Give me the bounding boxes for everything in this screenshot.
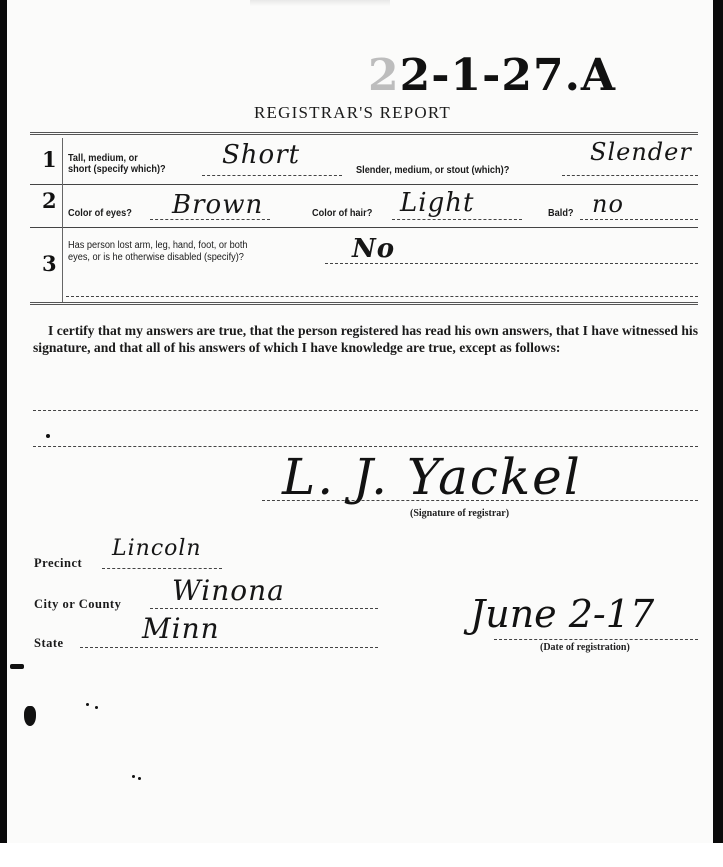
precinct-answer-line <box>102 568 222 569</box>
scan-border-right <box>713 0 723 843</box>
state-label: State <box>34 636 64 651</box>
bald-answer: no <box>592 190 624 218</box>
height-label-line1: Tall, medium, or <box>68 153 138 164</box>
bald-label: Bald? <box>548 208 574 219</box>
city-county-label: City or County <box>34 597 121 612</box>
hair-color-answer-line <box>392 219 522 220</box>
registration-date-caption: (Date of registration) <box>540 642 630 653</box>
scan-border-left <box>0 0 7 843</box>
question-number-1: 1 <box>42 147 57 172</box>
build-answer-line <box>562 175 698 176</box>
precinct-label: Precinct <box>34 556 82 571</box>
question-number-3: 3 <box>42 251 57 276</box>
ink-speck <box>46 434 50 438</box>
city-county-answer: Winona <box>172 574 285 607</box>
registration-date-line <box>494 639 698 640</box>
scanned-card <box>0 0 723 843</box>
exceptions-line-1 <box>33 410 698 411</box>
build-answer: Slender <box>590 138 692 166</box>
height-answer-line <box>202 175 342 176</box>
ink-speck <box>95 706 98 709</box>
hair-color-label: Color of hair? <box>312 208 372 219</box>
hair-color-answer: Light <box>400 188 474 218</box>
disability-answer: No <box>352 234 395 264</box>
state-answer: Minn <box>142 612 220 645</box>
signature-caption: (Signature of registrar) <box>410 508 509 519</box>
table-bottom-rule <box>30 302 698 305</box>
number-column-rule <box>62 138 63 302</box>
row-divider-1 <box>30 184 698 185</box>
bald-answer-line <box>580 219 698 220</box>
question-number-2: 2 <box>42 188 57 213</box>
build-label: Slender, medium, or stout (which)? <box>356 165 509 176</box>
ink-speck <box>138 777 141 780</box>
certification-text: I certify that my answers are true, that… <box>33 322 698 356</box>
exceptions-line-2 <box>33 446 698 447</box>
serial-number-faded-digit: 2 <box>368 50 400 101</box>
report-title: REGISTRAR'S REPORT <box>254 103 451 123</box>
row-divider-2 <box>30 227 698 228</box>
eye-color-answer: Brown <box>172 190 263 220</box>
eye-color-label: Color of eyes? <box>68 208 132 219</box>
ink-blot <box>24 706 36 726</box>
city-county-answer-line <box>150 608 378 609</box>
disability-label-line1: Has person lost arm, leg, hand, foot, or… <box>68 240 248 251</box>
disability-label-line2: eyes, or is he otherwise disabled (speci… <box>68 252 244 263</box>
ink-smudge <box>10 664 24 669</box>
height-label-line2: short (specify which)? <box>68 164 166 175</box>
disability-answer-line-2 <box>66 296 698 297</box>
table-top-rule <box>30 132 698 135</box>
precinct-answer: Lincoln <box>112 536 202 561</box>
ink-speck <box>86 703 89 706</box>
serial-number-text: 2-1-27.A <box>400 50 616 101</box>
registration-date: June 2-17 <box>470 592 654 636</box>
ink-speck <box>132 775 135 778</box>
serial-number: 22-1-27.A <box>368 50 616 101</box>
faint-bleed-through <box>250 0 390 6</box>
state-answer-line <box>80 647 378 648</box>
registrar-signature: L. J. Yackel <box>282 448 582 506</box>
height-answer: Short <box>222 140 300 170</box>
